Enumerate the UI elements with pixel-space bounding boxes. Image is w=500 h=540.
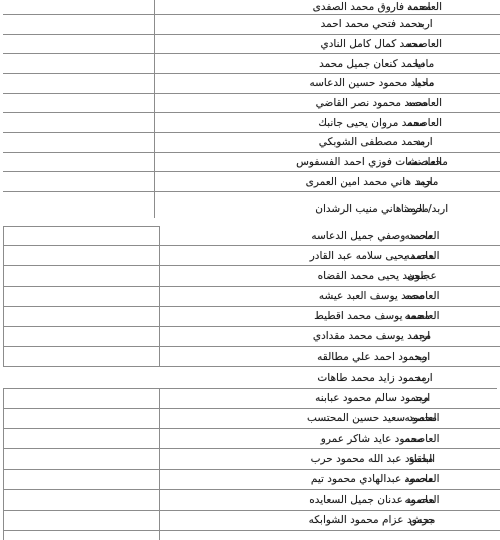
person-name-cell: محمد فاروق محمد الصفدى [154, 0, 500, 14]
table-row: العاصمهمحمد مروان يحيى جانبك [3, 113, 500, 133]
person-name-cell: محمود احمد علي مطالقه [159, 347, 500, 366]
table-row: العاصمهمحمد يحيى سلامه عبد القادر [3, 246, 500, 266]
person-name-cell: محمد يوسف العبد عيشه [159, 287, 500, 306]
table-row: العاصمهمحمود عبدالهادي محمود تيم [3, 470, 500, 490]
table-row: اربدمحمد هاني محمد امين العمرى [3, 172, 500, 192]
table-row: العاصمهمحمد محمود نصر القاضي [3, 94, 500, 114]
table-row: العاصمهمحمد نشات فوزي احمد الفسفوس [3, 153, 500, 173]
table-row: اربدمحمد فتحي محمد احمد [3, 15, 500, 35]
person-name-cell: محمد يحيى محمد القضاه [159, 266, 500, 285]
table-row: العاصمهمحمد يوسف محمد اقطيط [3, 307, 500, 327]
person-name-cell: محمد فتحي محمد احمد [154, 15, 500, 34]
person-name-cell: محمد وصفي جميل الدعاسه [159, 226, 500, 245]
table-left-border-section-c [3, 388, 4, 540]
person-name-cell: محمد محمود نصر القاضي [154, 94, 500, 113]
table-row: عجلونمحمد يحيى محمد القضاه [3, 266, 500, 286]
person-name-cell: محمد مروان يحيى جانبك [154, 113, 500, 132]
section-c-top-border [3, 388, 497, 389]
column-divider-section-a [154, 0, 155, 218]
table-left-border-section-b [3, 226, 4, 367]
table-row: ماديامحمد كنعان جميل محمد [3, 54, 500, 74]
person-name-cell: محمد نشات فوزي احمد الفسفوس [154, 153, 500, 172]
table-row: البلقاءمحمود عبد الله محمود حرب [3, 449, 500, 469]
table-row-page-break: اربد/ الرمثامحمد هاني منيب الرشدان [3, 192, 500, 226]
person-name-cell: محمود عزام محمود الشوابكه [159, 511, 500, 530]
column-divider-section-c [159, 388, 160, 540]
document-page: العاصمهمحمد فاروق محمد الصفدىاربدمحمد فت… [0, 0, 500, 540]
table-row: العاصمهمحمود سعيد حسين المحتسب [3, 409, 500, 429]
table-row: اربدمحمد يوسف محمد مقدادي [3, 327, 500, 347]
column-divider-section-b [159, 226, 160, 367]
table-row: اربدمحمود احمد علي مطالقه [3, 347, 500, 367]
person-name-cell: محمد يوسف محمد اقطيط [159, 307, 500, 326]
table-row: العاصمهمحمد فاروق محمد الصفدى [3, 0, 500, 15]
person-name-cell: محمد محمود حسين الدعاسه [154, 74, 500, 93]
table-row-page-break: اربدمحمود زايد محمد طاهات [3, 367, 500, 388]
table-row: ماديامحمد محمود حسين الدعاسه [3, 74, 500, 94]
person-name-cell: محمد يوسف محمد مقدادي [159, 327, 500, 346]
table-row [3, 531, 500, 540]
table-row: العاصمهمحمد يوسف العبد عيشه [3, 287, 500, 307]
person-name-cell: محمود زايد محمد طاهات [154, 367, 500, 388]
table-row: جرشمحمود عزام محمود الشوابكه [3, 511, 500, 531]
person-name-cell: محمود سعيد حسين المحتسب [159, 409, 500, 428]
table-row: العاصمهمحمد كمال كامل النادي [3, 35, 500, 55]
person-name-cell: محمود سالم محمود عبابنه [159, 388, 500, 407]
person-name-cell: محمد كنعان جميل محمد [154, 54, 500, 73]
person-name-cell: محمود عايد شاكر عمرو [159, 429, 500, 448]
table-row: العاصمهمحمود عدنان جميل السعايده [3, 490, 500, 510]
table-row: العاصمهمحمد وصفي جميل الدعاسه [3, 226, 500, 246]
person-name-cell: محمود عبدالهادي محمود تيم [159, 470, 500, 489]
table-row: العاصمهمحمود عايد شاكر عمرو [3, 429, 500, 449]
section-b-top-border [3, 226, 160, 227]
person-name-cell: محمد مصطفى الشوبكي [154, 133, 500, 152]
table-row: اربدمحمود سالم محمود عبابنه [3, 388, 500, 408]
person-name-cell: محمد كمال كامل النادي [154, 35, 500, 54]
person-name-cell: محمود عبد الله محمود حرب [159, 449, 500, 468]
person-name-cell: محمد هاني منيب الرشدان [154, 192, 500, 226]
person-name-cell: محمود عدنان جميل السعايده [159, 490, 500, 509]
table-row: اربدمحمد مصطفى الشوبكي [3, 133, 500, 153]
person-name-cell: محمد يحيى سلامه عبد القادر [159, 246, 500, 265]
person-name-cell: محمد هاني محمد امين العمرى [154, 172, 500, 191]
